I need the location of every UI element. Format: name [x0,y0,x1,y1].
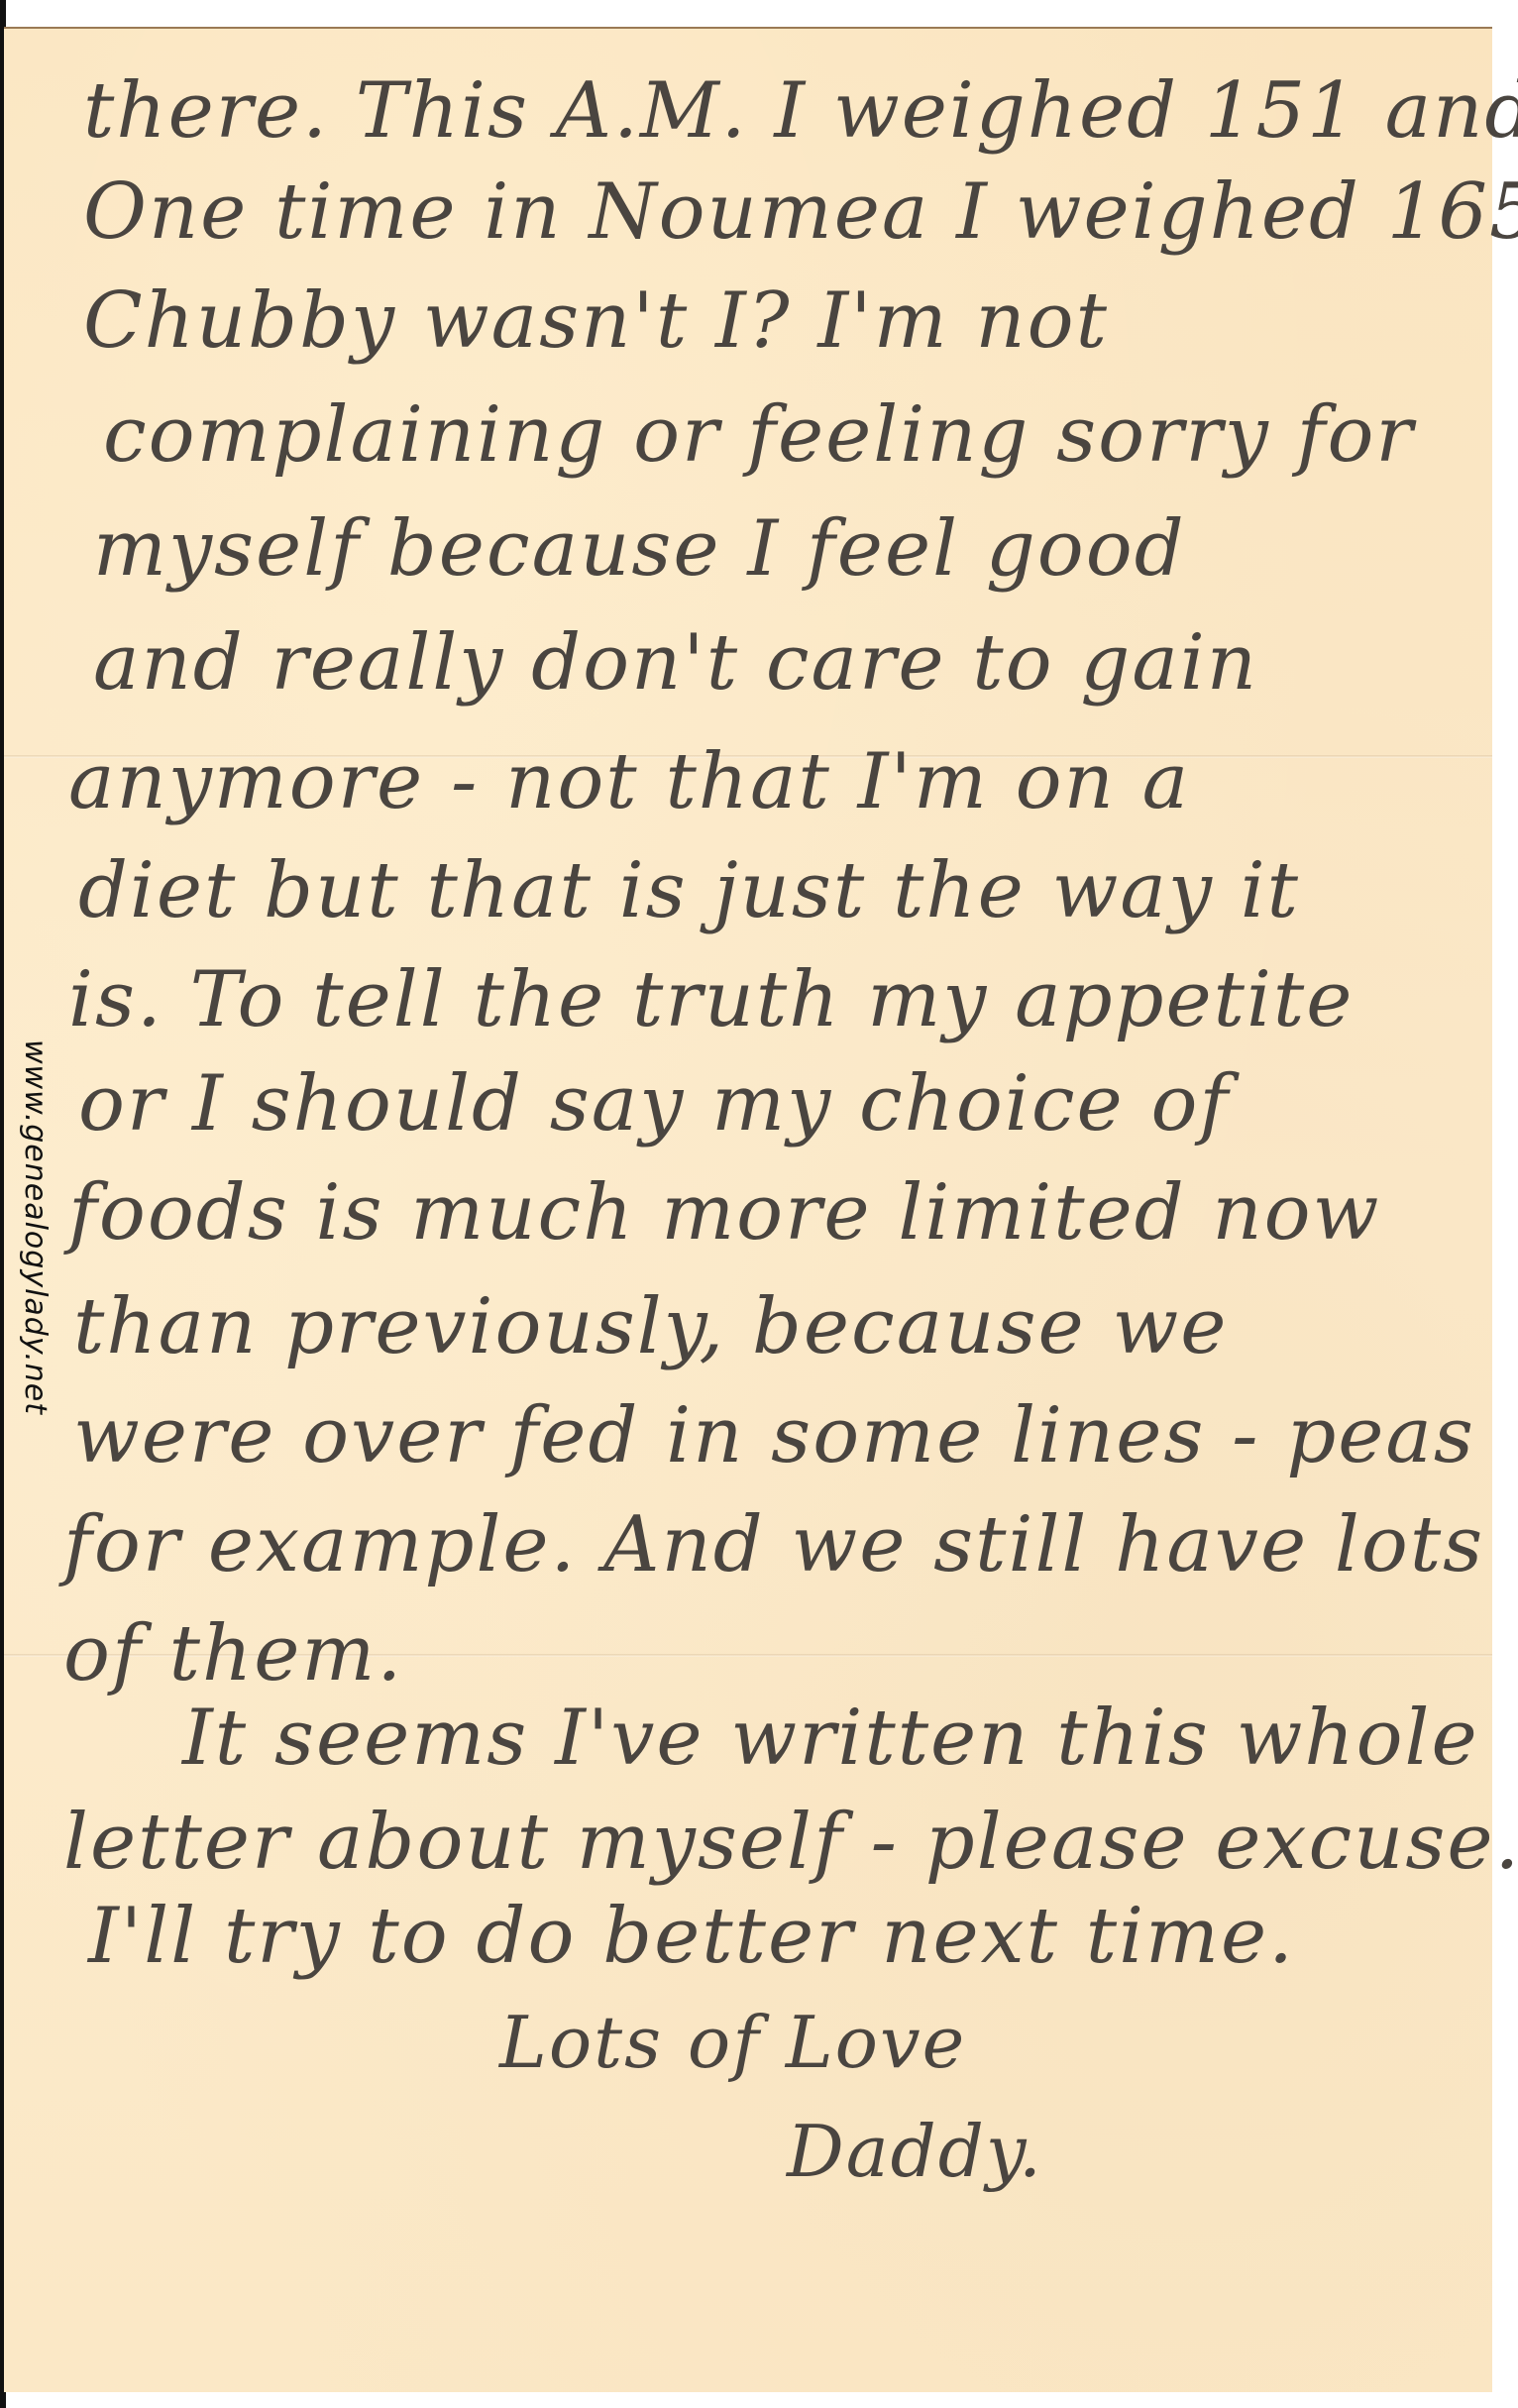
letter-line: complaining or feeling sorry for [103,390,1415,480]
letter-line: is. To tell the truth my appetite [68,955,1354,1044]
letter-line: anymore - not that I'm on a [68,737,1190,826]
letter-line: for example. And we still have lots [63,1500,1484,1589]
letter-line: and really don't care to gain [93,618,1258,708]
letter-line: letter about myself - please excuse. [63,1798,1518,1887]
signature: Daddy. [787,2110,1043,2193]
letter-line: of them. [63,1609,403,1698]
letter-page: www.genealogylady.net there. This A.M. I… [4,27,1492,2392]
letter-line: or I should say my choice of [78,1059,1230,1149]
closing-text: Lots of Love [499,2001,966,2084]
letter-line: there. This A.M. I weighed 151 and [83,66,1451,156]
letter-line: I'll try to do better next time. [88,1892,1295,1981]
letter-line: It seems I've written this whole [182,1694,1479,1783]
letter-line: Chubby wasn't I? I'm not [83,276,1109,366]
letter-line: were over fed in some lines - peas [73,1391,1475,1480]
letter-line: diet but that is just the way it [78,846,1300,935]
letter-line: myself because I feel good [93,504,1186,594]
watermark-text: www.genealogylady.net [18,1040,53,1415]
letter-line: than previously, because we [73,1282,1228,1371]
letter-line: One time in Noumea I weighed 165. [83,167,1518,257]
letter-line: foods is much more limited now [68,1168,1380,1258]
